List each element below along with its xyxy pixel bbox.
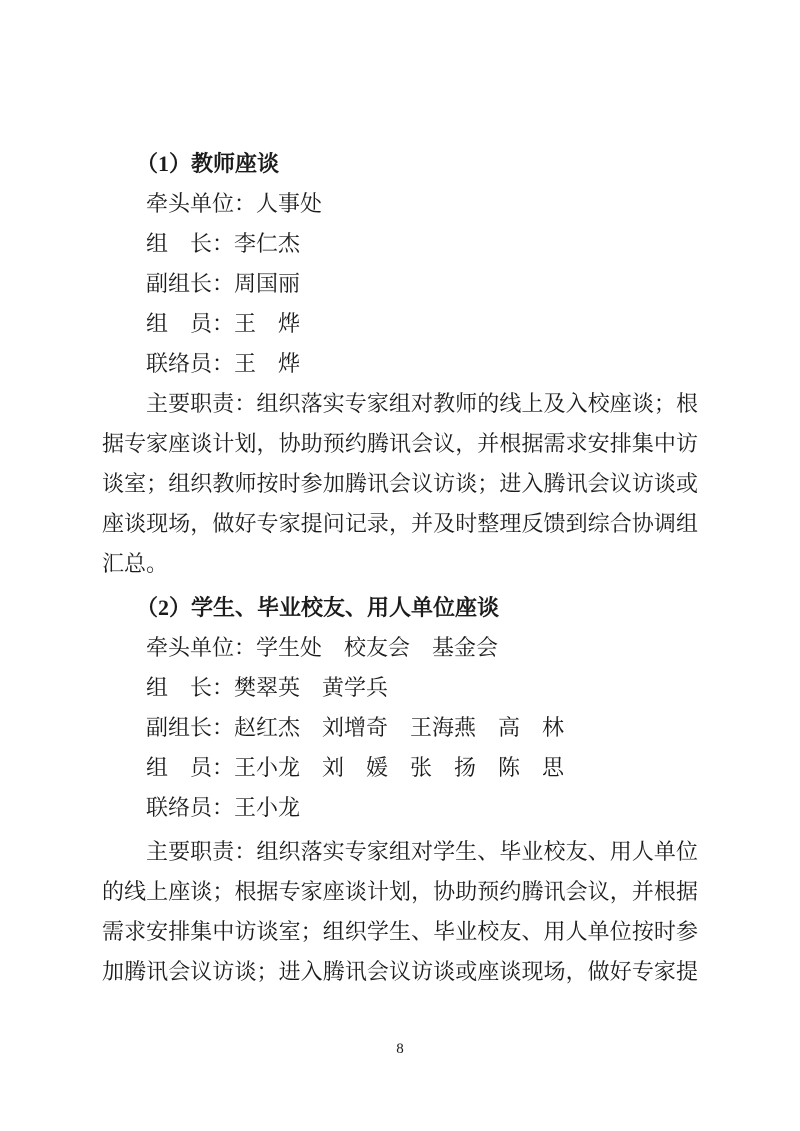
section-2-member-line: 组 员：王小龙 刘 媛 张 扬 陈 思 [102, 748, 698, 788]
section-1-deputy-leader-line: 副组长：周国丽 [102, 264, 698, 304]
section-1-duties-paragraph: 主要职责：组织落实专家组对教师的线上及入校座谈；根 据专家座谈计划，协助预约腾讯… [102, 384, 698, 584]
duty-line: 主要职责：组织落实专家组对学生、毕业校友、用人单位 [102, 832, 698, 872]
duty-line: 需求安排集中访谈室；组织学生、毕业校友、用人单位按时参 [102, 912, 698, 952]
section-1-lead-unit-line: 牵头单位：人事处 [102, 184, 698, 224]
duty-line: 主要职责：组织落实专家组对教师的线上及入校座谈；根 [102, 384, 698, 424]
duty-line: 座谈现场，做好专家提问记录，并及时整理反馈到综合协调组 [102, 504, 698, 544]
section-2-liaison-line: 联络员：王小龙 [102, 788, 698, 828]
section-1-leader-line: 组 长：李仁杰 [102, 224, 698, 264]
section-2-duties-paragraph: 主要职责：组织落实专家组对学生、毕业校友、用人单位 的线上座谈；根据专家座谈计划… [102, 832, 698, 992]
duty-line: 加腾讯会议访谈；进入腾讯会议访谈或座谈现场，做好专家提 [102, 952, 698, 992]
section-1-member-line: 组 员：王 烨 [102, 304, 698, 344]
section-1-heading: （1）教师座谈 [102, 144, 698, 184]
section-2-leader-line: 组 长：樊翠英 黄学兵 [102, 668, 698, 708]
document-content: （1）教师座谈 牵头单位：人事处 组 长：李仁杰 副组长：周国丽 组 员：王 烨… [102, 144, 698, 992]
duty-line: 汇总。 [102, 544, 698, 584]
duty-line: 的线上座谈；根据专家座谈计划，协助预约腾讯会议，并根据 [102, 872, 698, 912]
duty-line: 谈室；组织教师按时参加腾讯会议访谈；进入腾讯会议访谈或 [102, 464, 698, 504]
section-2-lead-unit-line: 牵头单位：学生处 校友会 基金会 [102, 628, 698, 668]
section-2-deputy-leader-line: 副组长：赵红杰 刘增奇 王海燕 高 林 [102, 708, 698, 748]
duty-line: 据专家座谈计划，协助预约腾讯会议，并根据需求安排集中访 [102, 424, 698, 464]
section-teacher-symposium: （1）教师座谈 牵头单位：人事处 组 长：李仁杰 副组长：周国丽 组 员：王 烨… [102, 144, 698, 584]
section-student-alumni-employer-symposium: （2）学生、毕业校友、用人单位座谈 牵头单位：学生处 校友会 基金会 组 长：樊… [102, 588, 698, 992]
section-2-heading: （2）学生、毕业校友、用人单位座谈 [102, 588, 698, 628]
document-page: （1）教师座谈 牵头单位：人事处 组 长：李仁杰 副组长：周国丽 组 员：王 烨… [0, 0, 800, 1131]
section-1-liaison-line: 联络员：王 烨 [102, 344, 698, 384]
page-number: 8 [0, 1038, 800, 1060]
